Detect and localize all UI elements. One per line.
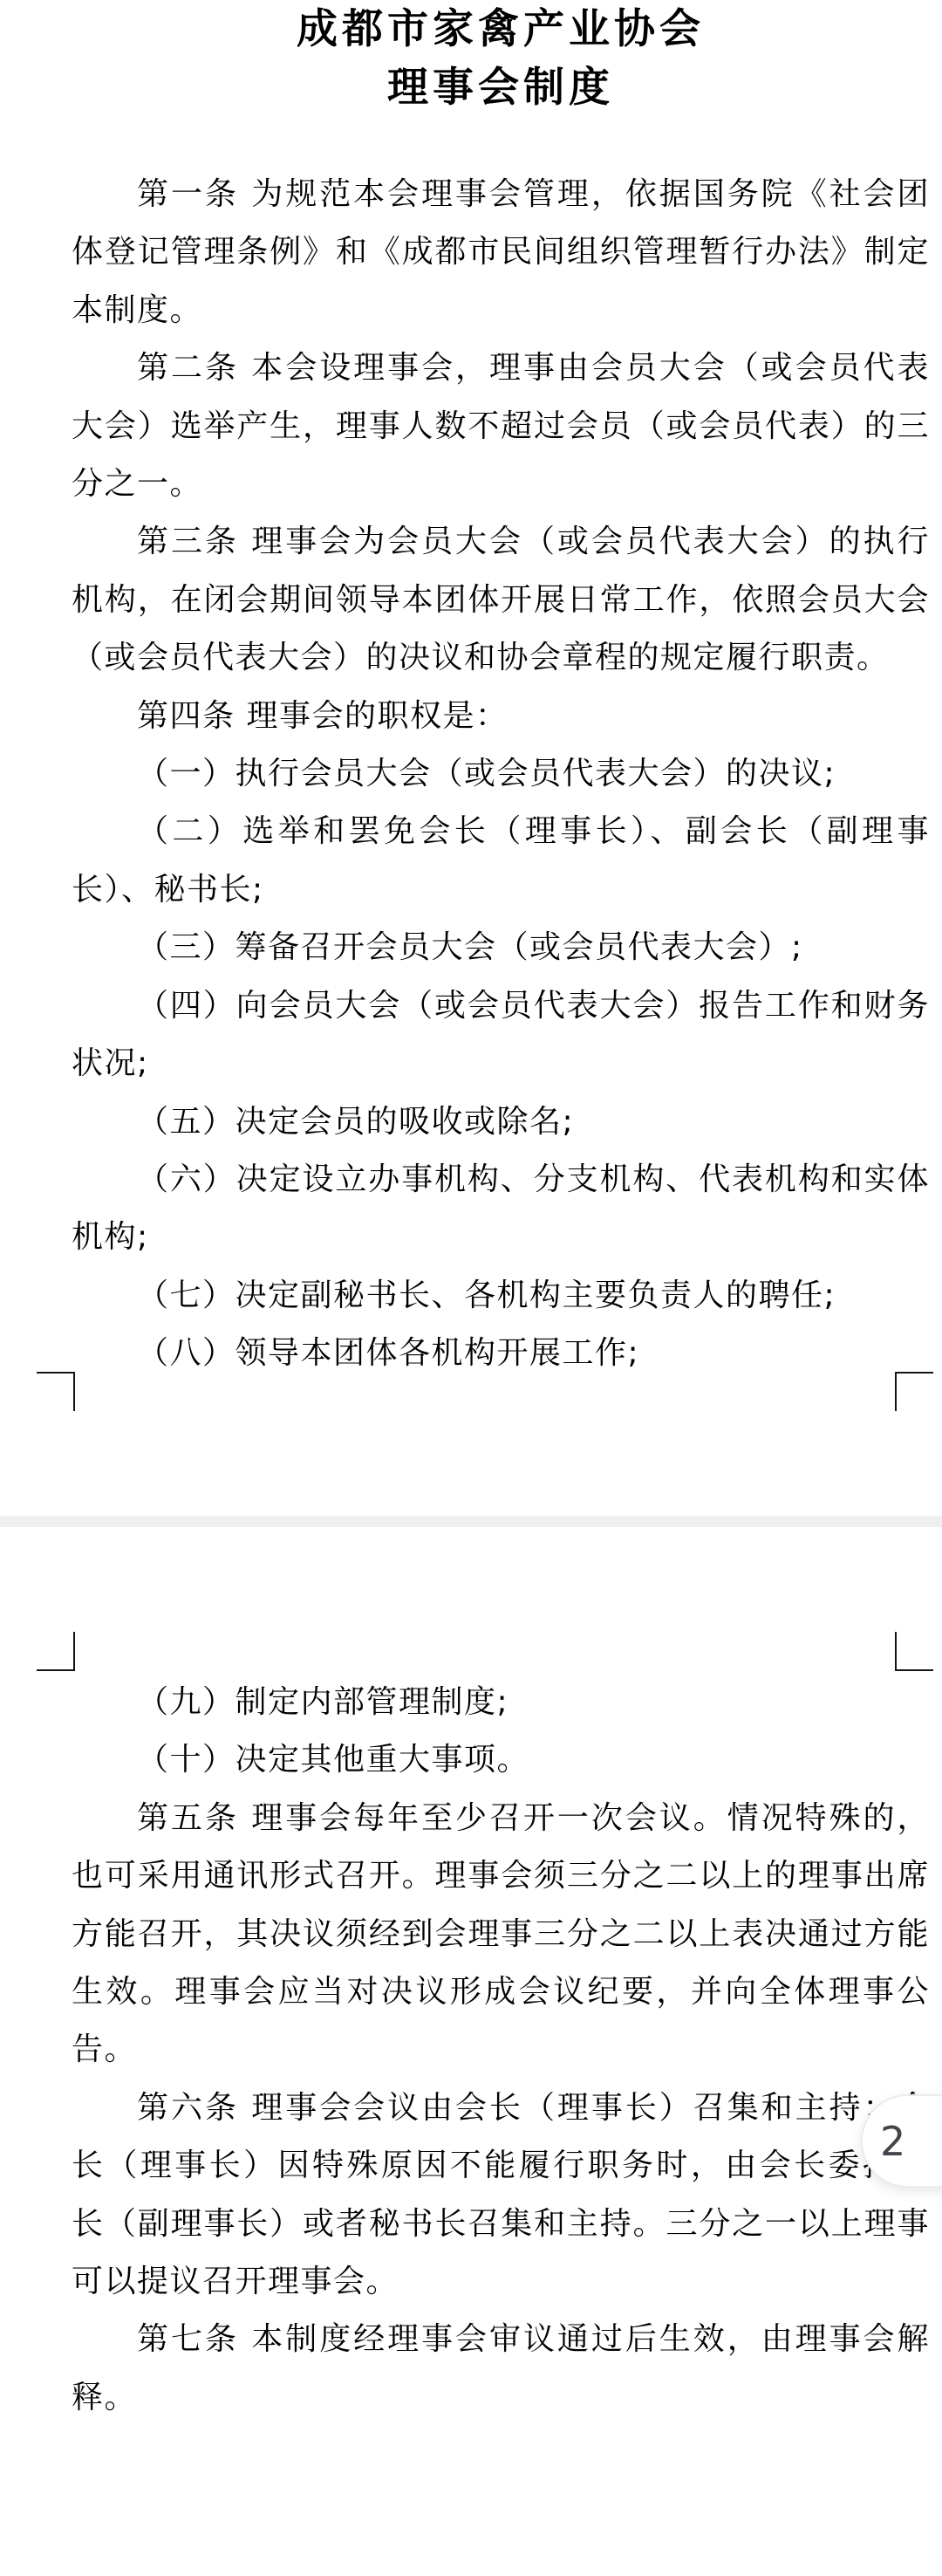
text-line: （七）决定副秘书长、各机构主要负责人的聘任; [72,1267,930,1325]
text-line: 本制度。 [72,282,930,339]
text-line: （一）执行会员大会（或会员代表大会）的决议; [72,745,930,803]
text-line: 释。 [72,2369,930,2427]
text-line: 第四条 理事会的职权是： [72,688,930,745]
text-line: 大会）选举产生，理事人数不超过会员（或会员代表）的三 [72,398,930,456]
text-line: 长（理事长）因特殊原因不能履行职务时，由会长委托副 [72,2137,930,2195]
text-line: 机构，在闭会期间领导本团体开展日常工作，依照会员大会 [72,572,930,629]
text-line: （或会员代表大会）的决议和协会章程的规定履行职责。 [72,629,930,687]
title-line: 成都市家禽产业协会 [72,0,930,58]
text-line: 机构; [72,1209,930,1266]
text-line: 分之一。 [72,456,930,513]
text-line: 也可采用通讯形式召开。理事会须三分之二以上的理事出席 [72,1847,930,1905]
text-line: 第五条 理事会每年至少召开一次会议。情况特殊的， [72,1790,930,1847]
text-line: 方能召开，其决议须经到会理事三分之二以上表决通过方能 [72,1906,930,1963]
document-page-1-text[interactable]: 第一条 为规范本会理事会管理，依据国务院《社会团体登记管理条例》和《成都市民间组… [72,166,930,1383]
text-line: 长（副理事长）或者秘书长召集和主持。三分之一以上理事 [72,2196,930,2253]
text-line: （十）决定其他重大事项。 [72,1731,930,1789]
text-line: （五）决定会员的吸收或除名; [72,1093,930,1151]
page2-top-left-margin-mark [37,1632,75,1671]
text-line: （九）制定内部管理制度; [72,1674,930,1731]
text-line: 状况; [72,1035,930,1093]
page1-bottom-right-margin-mark [895,1372,933,1411]
text-line: 可以提议召开理事会。 [72,2253,930,2311]
text-line: 第一条 为规范本会理事会管理，依据国务院《社会团 [72,166,930,223]
page-break-gap [0,1516,942,1527]
page1-bottom-left-margin-mark [37,1372,75,1411]
text-line: 第二条 本会设理事会，理事由会员大会（或会员代表 [72,339,930,397]
text-line: 体登记管理条例》和《成都市民间组织管理暂行办法》制定 [72,223,930,281]
text-line: 告。 [72,2021,930,2079]
document-title: 成都市家禽产业协会理事会制度 [72,0,930,117]
title-line: 理事会制度 [72,58,930,117]
text-line: 第六条 理事会会议由会长（理事长）召集和主持；会 [72,2079,930,2137]
text-line: 第三条 理事会为会员大会（或会员代表大会）的执行 [72,513,930,571]
text-line: （八）领导本团体各机构开展工作; [72,1325,930,1382]
text-line: （四）向会员大会（或会员代表大会）报告工作和财务 [72,977,930,1035]
text-line: 生效。理事会应当对决议形成会议纪要，并向全体理事公 [72,1963,930,2021]
document-page-2-text[interactable]: （九）制定内部管理制度;（十）决定其他重大事项。第五条 理事会每年至少召开一次会… [72,1674,930,2427]
page-number-label: 2 [880,2121,905,2162]
page2-top-right-margin-mark [895,1632,933,1671]
text-line: （六）决定设立办事机构、分支机构、代表机构和实体 [72,1151,930,1209]
text-line: 第七条 本制度经理事会审议通过后生效，由理事会解 [72,2311,930,2368]
text-line: （二）选举和罢免会长（理事长）、副会长（副理事 [72,803,930,860]
text-line: （三）筹备召开会员大会（或会员代表大会）; [72,919,930,976]
text-line: 长）、秘书长; [72,861,930,919]
